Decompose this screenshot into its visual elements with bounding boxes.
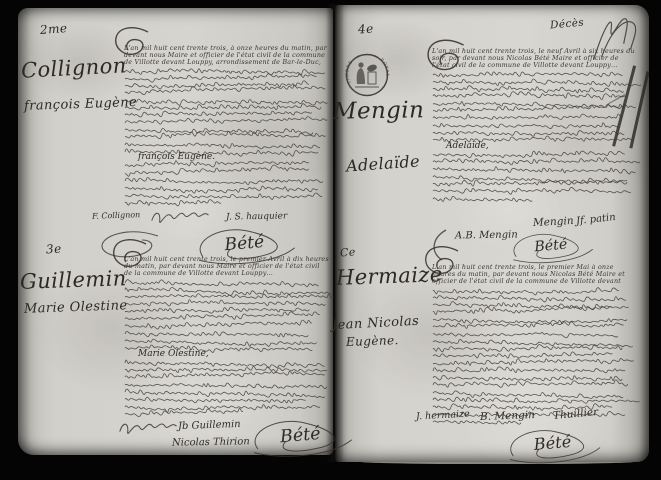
handwriting-line xyxy=(432,106,636,113)
signature-text: Bété xyxy=(534,236,568,255)
handwriting-line xyxy=(432,322,632,329)
handwriting-line xyxy=(432,113,636,120)
legible-name-in-text: françois Eugène. xyxy=(124,154,329,161)
record-5-firstnames-line2: Eugène. xyxy=(346,333,399,349)
handwriting-line xyxy=(432,351,632,358)
handwriting-line xyxy=(432,179,636,186)
handwriting-line xyxy=(432,77,636,84)
signature-scrawl xyxy=(118,418,180,438)
handwriting-line xyxy=(432,344,632,351)
handwriting-line xyxy=(124,314,327,321)
handwriting-line xyxy=(432,164,636,171)
handwriting-line xyxy=(432,91,636,98)
handwriting-line xyxy=(124,198,327,205)
handwriting-line xyxy=(432,70,636,77)
handwriting-line xyxy=(432,359,632,366)
handwriting-line xyxy=(432,337,632,344)
handwriting-line xyxy=(124,365,327,372)
signature-jb-guillemin: Jb Guillemin xyxy=(178,419,241,432)
handwriting-line xyxy=(124,380,327,387)
handwriting-line xyxy=(124,81,327,88)
signature-text: Bété xyxy=(533,432,572,454)
signature-mengin: Mengin xyxy=(533,215,574,229)
handwriting-line xyxy=(432,121,636,128)
handwriting-line xyxy=(124,299,327,306)
timbre-royal-stamp: TIMBRE ROYAL xyxy=(344,50,390,100)
record-4-surname: Mengin xyxy=(333,97,425,125)
handwriting-line xyxy=(432,172,636,179)
handwriting-line xyxy=(124,74,327,81)
handwriting-line xyxy=(124,110,327,117)
handwriting-line xyxy=(124,191,327,198)
handwriting-line xyxy=(124,67,327,74)
signature-text: Bété xyxy=(224,232,265,255)
signature-nicolas-thirion: Nicolas Thirion xyxy=(172,436,250,448)
handwriting-line xyxy=(124,278,327,285)
record-2-number: 2me xyxy=(40,21,68,37)
legible-name-in-text: Adelaïde, xyxy=(432,143,638,150)
record-5-body: L'an mil huit cent trente trois, le prem… xyxy=(432,264,634,424)
legible-name-in-text: Marie Olestine, xyxy=(124,351,329,358)
handwriting-line xyxy=(124,169,327,176)
handwriting-line xyxy=(124,402,327,409)
signature-bete-mayor: Bété xyxy=(508,427,602,463)
record-3-surname: Guillemin xyxy=(20,266,127,294)
register-scan: 2me Collignon françois Eugène L'an mil h… xyxy=(0,0,661,480)
handwriting-line xyxy=(124,103,327,110)
handwriting-line xyxy=(124,96,327,103)
record-3-body: L'an mil huit cent trente trois, le prem… xyxy=(124,256,329,416)
handwriting-line xyxy=(124,329,327,336)
handwriting-line xyxy=(124,161,327,168)
record-2-body: L'an mil huit cent trente trois, à onze … xyxy=(124,45,329,205)
signature-f-collignon: F. Collignon xyxy=(92,210,141,221)
record-3-number: 3e xyxy=(46,241,62,256)
signature-bete-mayor: Bété xyxy=(512,231,595,263)
handwriting-line xyxy=(432,128,636,135)
handwriting-line xyxy=(432,150,636,157)
record-3-handwriting: Marie Olestine, xyxy=(124,278,329,417)
handwriting-line xyxy=(432,380,632,387)
signature-bete-mayor: Bété xyxy=(252,418,353,457)
handwriting-line xyxy=(432,186,636,193)
signature-b-mengin: B. Mengin xyxy=(480,409,535,423)
signature-scrawl xyxy=(150,208,212,226)
handwriting-line xyxy=(124,336,327,343)
handwriting-line xyxy=(432,293,632,300)
handwriting-line xyxy=(124,387,327,394)
handwriting-line xyxy=(124,321,327,328)
handwriting-line xyxy=(432,315,632,322)
signature-hauquier: J. S. hauquier xyxy=(226,211,287,222)
record-4-body: L'an mil huit cent trente trois, le neuf… xyxy=(432,48,638,201)
handwriting-line xyxy=(432,286,632,293)
handwriting-line xyxy=(124,118,327,125)
handwriting-line xyxy=(124,285,327,292)
handwriting-line xyxy=(124,132,327,139)
handwriting-line xyxy=(124,183,327,190)
handwriting-line xyxy=(432,366,632,373)
handwriting-line xyxy=(432,84,636,91)
record-4-opening-text: L'an mil huit cent trente trois, le neuf… xyxy=(432,48,638,70)
handwriting-line xyxy=(432,388,632,395)
handwriting-line xyxy=(124,176,327,183)
handwriting-line xyxy=(432,300,632,307)
record-5-number: Ce xyxy=(340,245,357,259)
handwriting-line xyxy=(124,88,327,95)
handwriting-line xyxy=(124,140,327,147)
handwriting-line xyxy=(124,358,327,365)
handwriting-line xyxy=(124,125,327,132)
handwriting-line xyxy=(124,372,327,379)
handwriting-line xyxy=(124,307,327,314)
handwriting-line xyxy=(432,157,636,164)
handwriting-line xyxy=(432,373,632,380)
handwriting-line xyxy=(432,307,632,314)
record-4-number: 4e xyxy=(358,21,374,36)
signature-text: Bété xyxy=(279,423,321,447)
record-4-handwriting: Adelaïde, xyxy=(432,70,638,201)
record-5-handwriting xyxy=(432,286,634,425)
record-2-handwriting: françois Eugène. xyxy=(124,67,329,206)
record-5-opening-text: L'an mil huit cent trente trois, le prem… xyxy=(432,264,634,286)
record-2-opening-text: L'an mil huit cent trente trois, à onze … xyxy=(124,45,329,67)
record-3-opening-text: L'an mil huit cent trente trois, le prem… xyxy=(124,256,329,278)
handwriting-line xyxy=(432,99,636,106)
signature-ab-mengin: A.B. Mengin xyxy=(455,229,518,241)
handwriting-line xyxy=(432,194,636,201)
handwriting-line xyxy=(432,329,632,336)
